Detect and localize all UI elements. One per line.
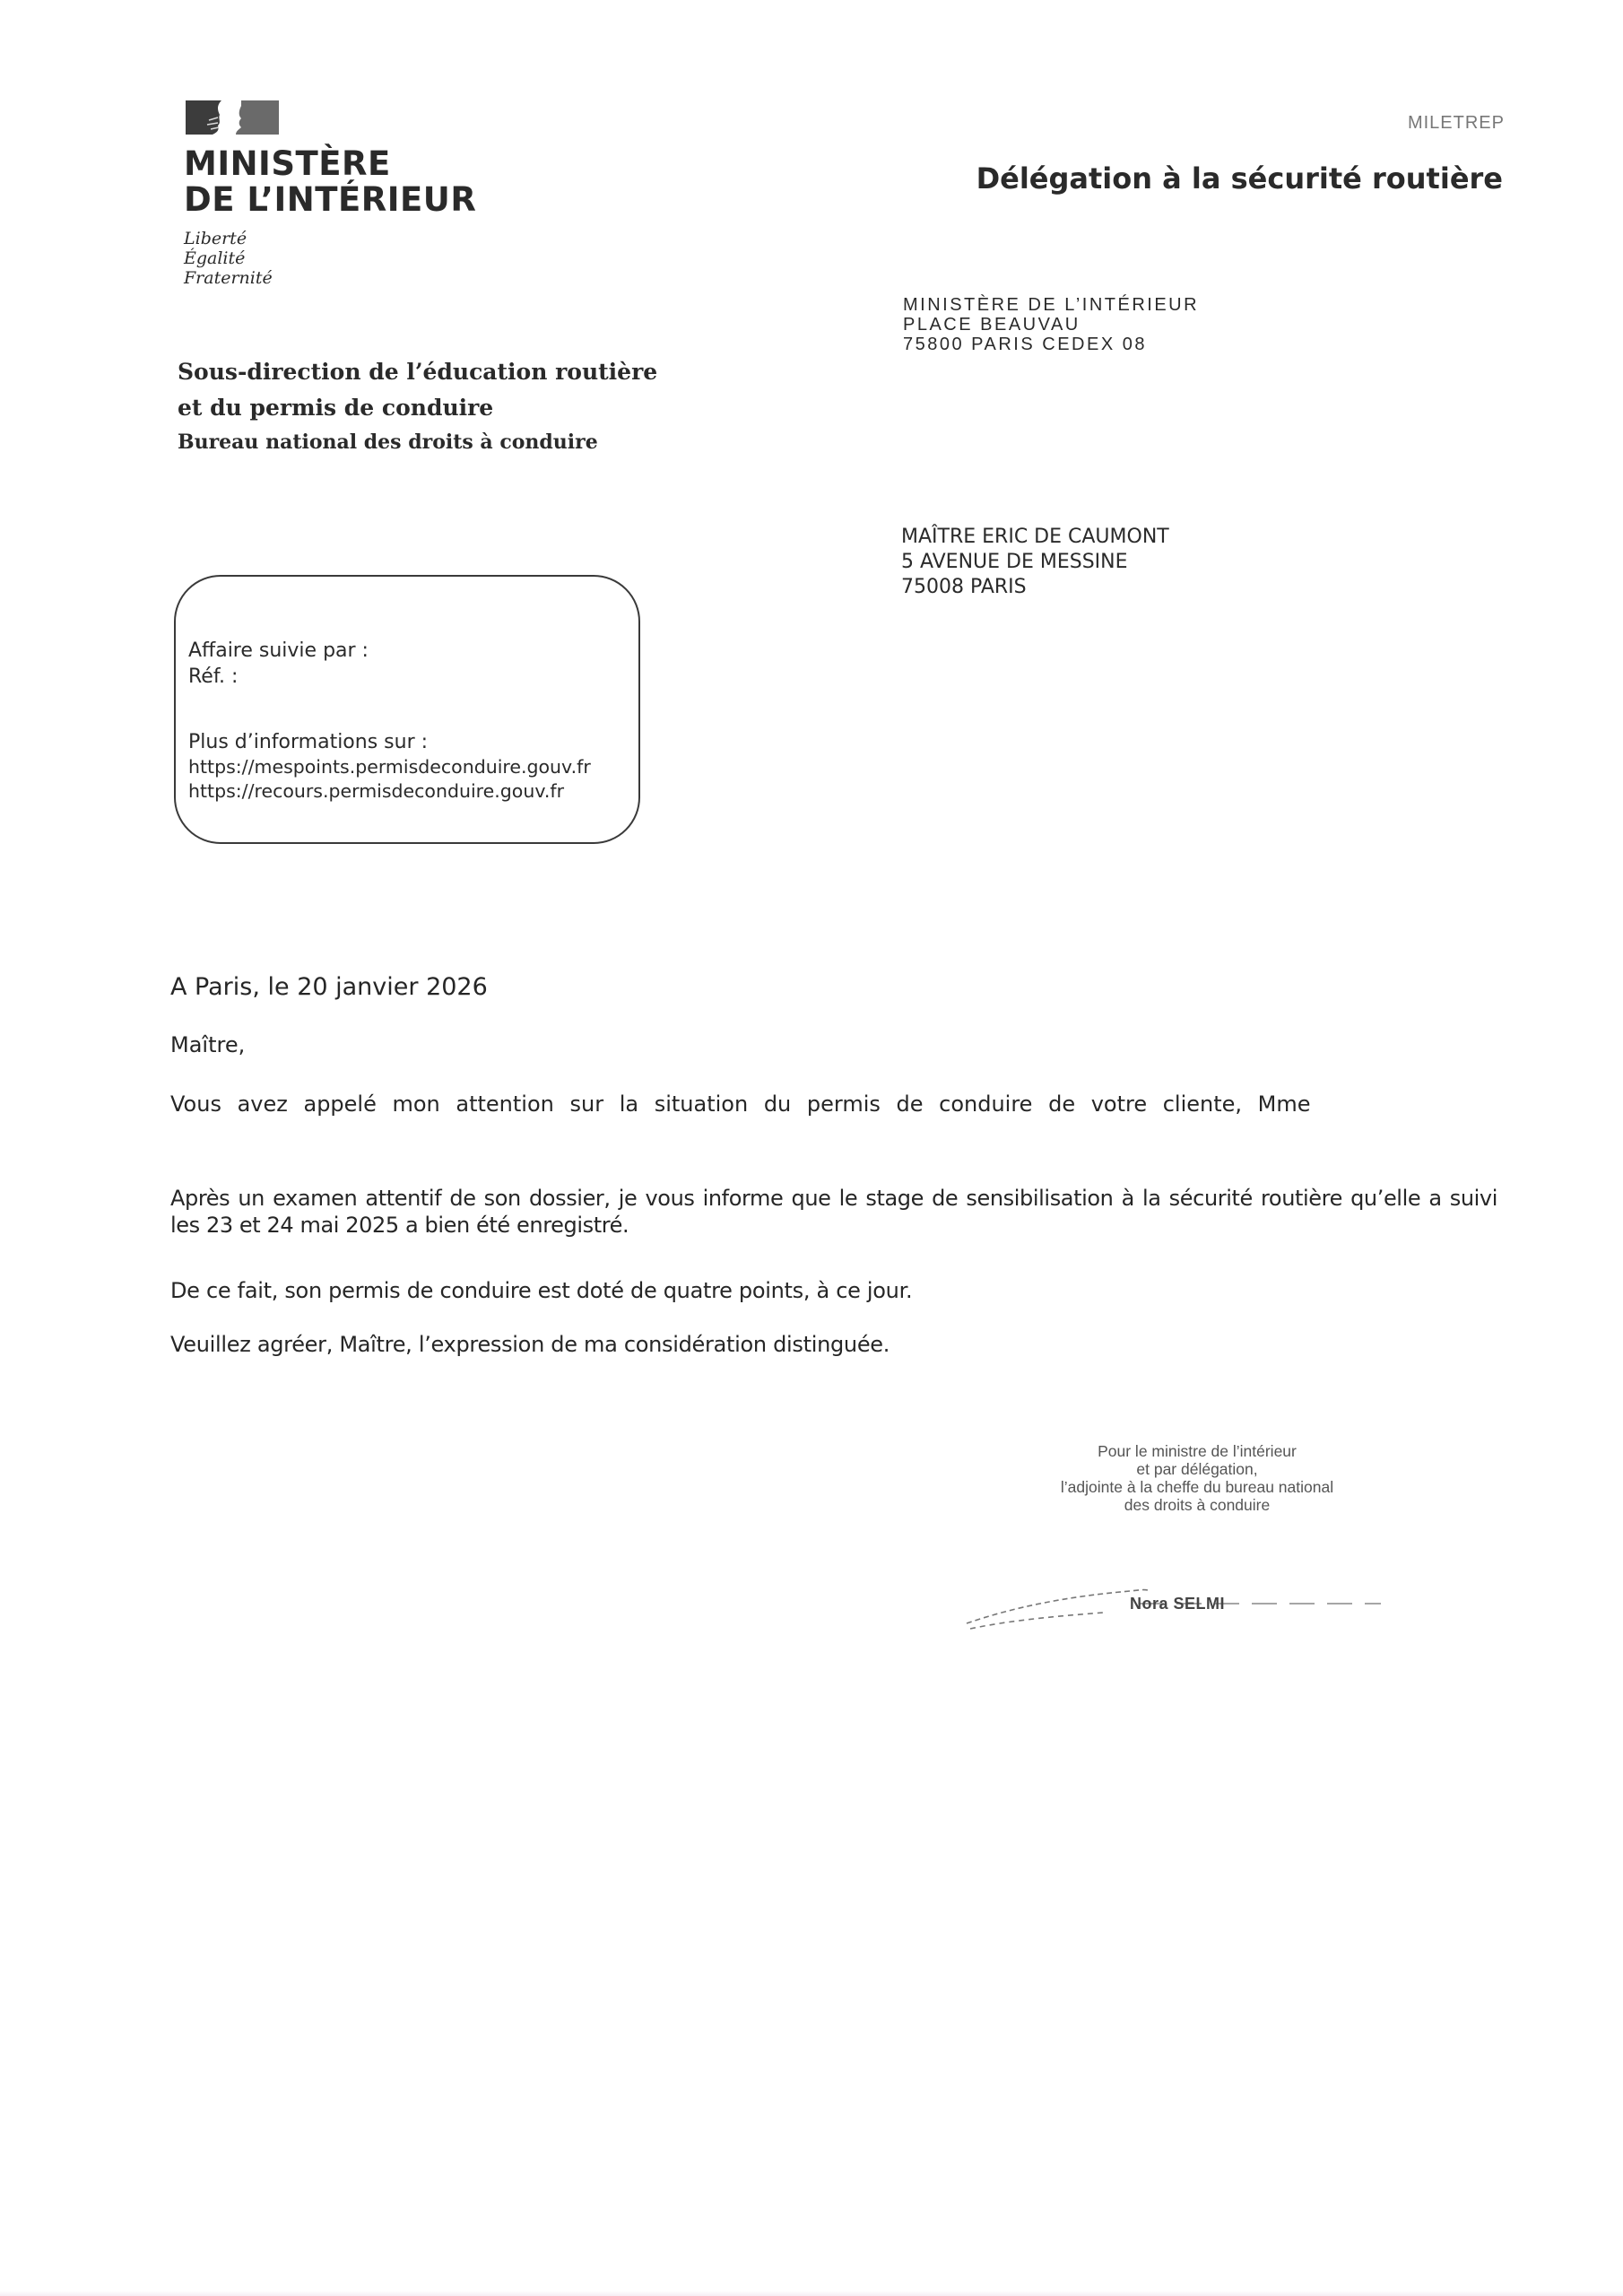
handled-by-label: Affaire suivie par : — [188, 638, 591, 664]
place-date: A Paris, le 20 janvier 2026 — [170, 973, 488, 1001]
scan-edge — [0, 2291, 1623, 2296]
more-info-label: Plus d’informations sur : — [188, 729, 591, 755]
signatory-name: Nora SELMI — [1130, 1595, 1225, 1613]
republic-motto: Liberté Égalité Fraternité — [184, 229, 273, 288]
ministry-name: MINISTÈRE DE L’INTÉRIEUR — [184, 146, 476, 218]
link-recours[interactable]: https://recours.permisdeconduire.gouv.fr — [188, 779, 591, 804]
paragraph: Vous avez appelé mon attention sur la si… — [170, 1091, 1311, 1117]
subdirection-heading: Sous-direction de l’éducation routière e… — [178, 354, 657, 458]
recipient-address: MAÎTRE ERIC DE CAUMONT 5 AVENUE DE MESSI… — [901, 525, 1169, 600]
signature-block: Pour le ministre de l’intérieur et par d… — [1004, 1442, 1390, 1514]
paragraph: Après un examen attentif de son dossier,… — [170, 1185, 1497, 1239]
reference-code: MILETREP — [1408, 113, 1505, 134]
link-mespoints[interactable]: https://mespoints.permisdeconduire.gouv.… — [188, 755, 591, 779]
closing-formula: Veuillez agréer, Maître, l’expression de… — [170, 1332, 890, 1357]
marianne-flag-icon — [186, 100, 279, 135]
reference-label: Réf. : — [188, 664, 591, 690]
case-info-box: Affaire suivie par : Réf. : Plus d’infor… — [174, 575, 640, 844]
sender-address: MINISTÈRE DE L’INTÉRIEUR PLACE BEAUVAU 7… — [903, 295, 1199, 354]
paragraph: De ce fait, son permis de conduire est d… — [170, 1278, 912, 1303]
delegation-title: Délégation à la sécurité routière — [976, 161, 1503, 196]
salutation: Maître, — [170, 1032, 245, 1057]
bureau-name: Bureau national des droits à conduire — [178, 426, 657, 458]
